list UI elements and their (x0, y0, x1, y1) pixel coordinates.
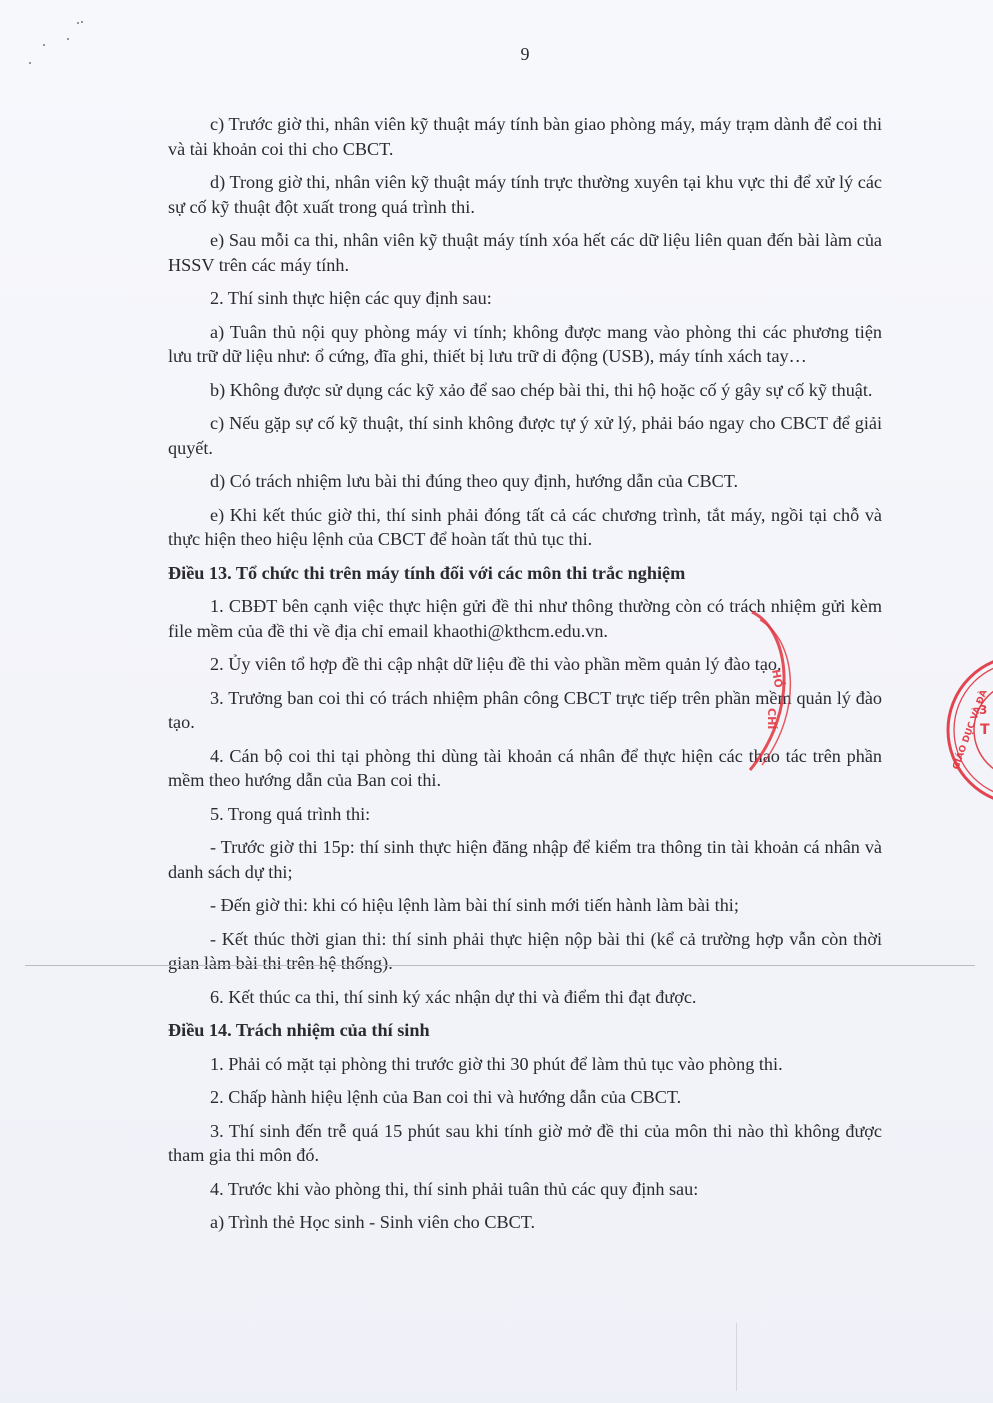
paragraph: 3. Thí sinh đến trễ quá 15 phút sau khi … (168, 1119, 882, 1168)
paragraph: 2. Chấp hành hiệu lệnh của Ban coi thi v… (168, 1085, 882, 1110)
paragraph: 5. Trong quá trình thi: (168, 802, 882, 827)
paragraph: d) Có trách nhiệm lưu bài thi đúng theo … (168, 469, 882, 494)
paragraph: 2. Thí sinh thực hiện các quy định sau: (168, 286, 882, 311)
scan-artifact-line (736, 1323, 737, 1391)
paragraph: 4. Cán bộ coi thi tại phòng thi dùng tài… (168, 744, 882, 793)
paragraph: d) Trong giờ thi, nhân viên kỹ thuật máy… (168, 170, 882, 219)
paragraph: 4. Trước khi vào phòng thi, thí sinh phả… (168, 1177, 882, 1202)
paragraph: - Kết thúc thời gian thi: thí sinh phải … (168, 927, 882, 976)
paragraph: 6. Kết thúc ca thi, thí sinh ký xác nhận… (168, 985, 882, 1010)
paragraph: b) Không được sử dụng các kỹ xảo để sao … (168, 378, 882, 403)
page-number: 9 (0, 44, 993, 65)
paragraph: c) Trước giờ thi, nhân viên kỹ thuật máy… (168, 112, 882, 161)
paragraph: e) Khi kết thúc giờ thi, thí sinh phải đ… (168, 503, 882, 552)
section-heading: Điều 14. Trách nhiệm của thí sinh (168, 1018, 882, 1043)
svg-text:GIÁO DỤC VÀ ĐÀ: GIÁO DỤC VÀ ĐÀ (950, 688, 990, 771)
paragraph: - Trước giờ thi 15p: thí sinh thực hiện … (168, 835, 882, 884)
paragraph: e) Sau mỗi ca thi, nhân viên kỹ thuật má… (168, 228, 882, 277)
seal-stamp-right: GIÁO DỤC VÀ ĐÀ T 3 (940, 650, 993, 810)
paragraph: 1. CBĐT bên cạnh việc thực hiện gửi đề t… (168, 594, 882, 643)
document-body: c) Trước giờ thi, nhân viên kỹ thuật máy… (168, 112, 882, 1244)
paragraph: 2. Ủy viên tổ hợp đề thi cập nhật dữ liệ… (168, 652, 882, 677)
svg-text:3: 3 (979, 703, 987, 717)
paragraph: a) Tuân thủ nội quy phòng máy vi tính; k… (168, 320, 882, 369)
paragraph: 3. Trưởng ban coi thi có trách nhiệm phâ… (168, 686, 882, 735)
svg-text:T: T (980, 722, 990, 738)
paragraph: a) Trình thẻ Học sinh - Sinh viên cho CB… (168, 1210, 882, 1235)
document-page: 9 c) Trước giờ thi, nhân viên kỹ thuật m… (0, 0, 993, 1391)
scan-fold-line (25, 965, 975, 966)
paragraph: - Đến giờ thi: khi có hiệu lệnh làm bài … (168, 893, 882, 918)
section-heading: Điều 13. Tổ chức thi trên máy tính đối v… (168, 561, 882, 586)
paragraph: c) Nếu gặp sự cố kỹ thuật, thí sinh khôn… (168, 411, 882, 460)
paragraph: 1. Phải có mặt tại phòng thi trước giờ t… (168, 1052, 882, 1077)
